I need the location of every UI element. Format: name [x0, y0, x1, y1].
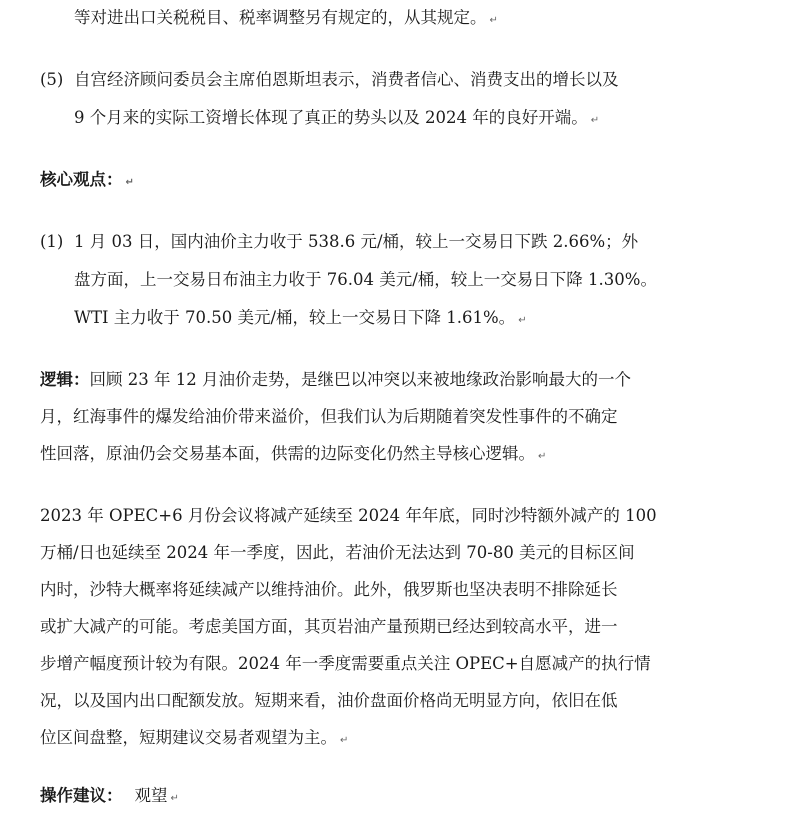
opec-line-6: 况，以及国内出口配额发放。短期来看，油价盘面价格尚无明显方向，依旧在低 [40, 691, 618, 711]
opec-line-3: 内时，沙特大概率将延续减产以维持油价。此外，俄罗斯也坚决表明不排除延长 [40, 580, 618, 600]
text-line: 回顾 23 年 12 月油价走势，是继巴以冲突以来被地缘政治影响最大的一个 [90, 370, 631, 389]
opec-line-2: 万桶/日也延续至 2024 年一季度，因此，若油价无法达到 70-80 美元的目… [40, 543, 635, 563]
logic-label: 逻辑： [40, 370, 90, 389]
opec-line-1: 2023 年 OPEC+6 月份会议将减产延续至 2024 年年底，同时沙特额外… [40, 506, 657, 526]
paragraph-mark-icon: ↵ [126, 177, 134, 188]
item-5-line-1: 自宫经济顾问委员会主席伯恩斯坦表示，消费者信心、消费支出的增长以及 [74, 70, 619, 90]
item-5-line-2: 9 个月来的实际工资增长体现了真正的势头以及 2024 年的良好开端。↵ [74, 108, 599, 131]
operation-advice: 操作建议：观望↵ [40, 786, 179, 809]
operation-value: 观望 [135, 786, 168, 805]
opec-line-4: 或扩大减产的可能。考虑美国方面，其页岩油产量预期已经达到较高水平，进一 [40, 617, 618, 637]
core-item-1-line-2: 盘方面，上一交易日布油主力收于 76.04 美元/桶，较上一交易日下降 1.30… [74, 270, 657, 290]
opec-line-5: 步增产幅度预计较为有限。2024 年一季度需要重点关注 OPEC+自愿减产的执行… [40, 654, 651, 674]
opec-line-7: 位区间盘整，短期建议交易者观望为主。↵ [40, 728, 348, 751]
text-line: WTI 主力收于 70.50 美元/桶，较上一交易日下降 1.61%。 [74, 308, 515, 327]
paragraph-mark-icon: ↵ [340, 735, 348, 746]
text-line: 9 个月来的实际工资增长体现了真正的势头以及 2024 年的良好开端。 [74, 108, 588, 127]
text-line: 位区间盘整，短期建议交易者观望为主。 [40, 728, 337, 747]
logic-line-3: 性回落，原油仍会交易基本面，供需的边际变化仍然主导核心逻辑。↵ [40, 444, 546, 467]
core-heading: 核心观点：↵ [40, 170, 134, 193]
paragraph-mark-icon: ↵ [518, 315, 526, 326]
core-item-1-line-1: 1 月 03 日，国内油价主力收于 538.6 元/桶，较上一交易日下跌 2.6… [74, 232, 638, 252]
operation-label: 操作建议： [40, 786, 123, 805]
logic-line-1: 逻辑：回顾 23 年 12 月油价走势，是继巴以冲突以来被地缘政治影响最大的一个 [40, 370, 631, 390]
paragraph-mark-icon: ↵ [171, 793, 179, 804]
paragraph-mark-icon: ↵ [490, 15, 498, 26]
item-5-number: (5) [40, 70, 63, 90]
core-item-1-number: (1) [40, 232, 63, 252]
heading-text: 核心观点： [40, 170, 123, 189]
logic-line-2: 月，红海事件的爆发给油价带来溢价，但我们认为后期随着突发性事件的不确定 [40, 407, 618, 427]
text-line: 性回落，原油仍会交易基本面，供需的边际变化仍然主导核心逻辑。 [40, 444, 535, 463]
core-item-1-line-3: WTI 主力收于 70.50 美元/桶，较上一交易日下降 1.61%。↵ [74, 308, 527, 331]
paragraph-mark-icon: ↵ [538, 451, 546, 462]
prev-paragraph-tail: 等对进出口关税税目、税率调整另有规定的，从其规定。↵ [74, 8, 498, 31]
paragraph-mark-icon: ↵ [591, 115, 599, 126]
text-line: 等对进出口关税税目、税率调整另有规定的，从其规定。 [74, 8, 487, 27]
